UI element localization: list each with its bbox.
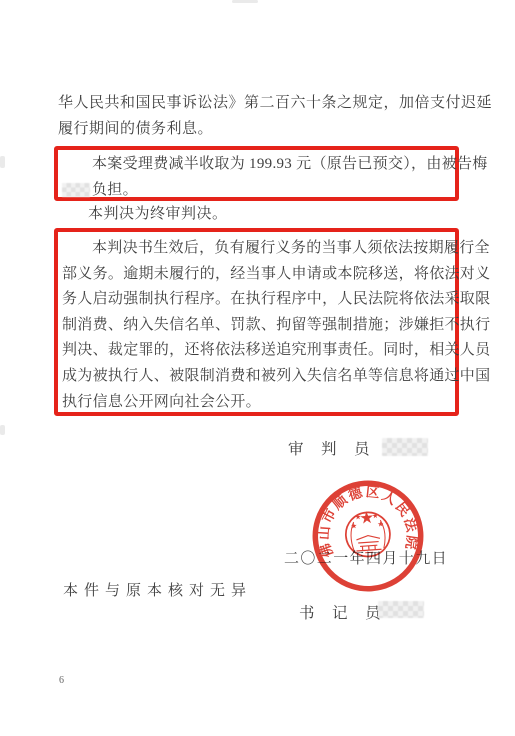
redacted-clerk-name xyxy=(378,601,424,618)
verification-note: 本件与原本核对无异 xyxy=(63,579,252,600)
notice-line: 执行信息公开网向社会公开。 xyxy=(58,390,455,416)
notice-line: 本判决书生效后，负有履行义务的当事人须依法按期履行全 xyxy=(58,236,455,262)
fee-line2-text: 负担。 xyxy=(92,182,138,198)
redacted-judge-name xyxy=(382,438,428,456)
national-emblem-icon xyxy=(344,510,391,558)
final-judgment-line: 本判决为终审判决。 xyxy=(88,201,228,227)
page-number: 6 xyxy=(59,675,64,686)
fee-highlight-box: 本案受理费减半收取为 199.93 元（原告已预交），由被告梅 负担。 xyxy=(54,146,459,201)
court-seal: 佛山市顺德区人民法院 xyxy=(305,473,431,599)
redacted-defendant-name xyxy=(62,183,90,197)
statute-paragraph-line2: 履行期间的债务利息。 xyxy=(58,116,213,142)
judge-label: 审 判 员 xyxy=(288,437,371,459)
notice-line: 部义务。逾期未履行的，经当事人申请或本院移送，将依法对义 xyxy=(58,262,455,288)
scan-artifact xyxy=(0,156,5,168)
notice-line: 制消费、纳入失信名单、罚款、拘留等强制措施；涉嫌拒不执行 xyxy=(58,313,455,339)
court-judgment-page: 华人民共和国民事诉讼法》第二百六十条之规定，加倍支付迟延 履行期间的债务利息。 … xyxy=(0,0,515,736)
statute-paragraph-line1: 华人民共和国民事诉讼法》第二百六十条之规定，加倍支付迟延 xyxy=(58,90,492,116)
clerk-label: 书 记 员 xyxy=(299,601,382,623)
notice-line: 成为被执行人、被限制消费和被列入失信名单等信息将通过中国 xyxy=(58,364,455,390)
scan-artifact xyxy=(232,0,258,3)
scan-artifact xyxy=(0,425,5,435)
enforcement-notice-box: 本判决书生效后，负有履行义务的当事人须依法按期履行全 部义务。逾期未履行的，经当… xyxy=(54,228,459,416)
notice-line: 判决、裁定罪的，还将依法移送追究刑事责任。同时，相关人员 xyxy=(58,338,455,364)
fee-line1: 本案受理费减半收取为 199.93 元（原告已预交），由被告梅 xyxy=(58,152,455,178)
fee-line2: 负担。 xyxy=(58,178,455,204)
notice-line: 务人启动强制执行程序。在执行程序中，人民法院将依法采取限 xyxy=(58,287,455,313)
